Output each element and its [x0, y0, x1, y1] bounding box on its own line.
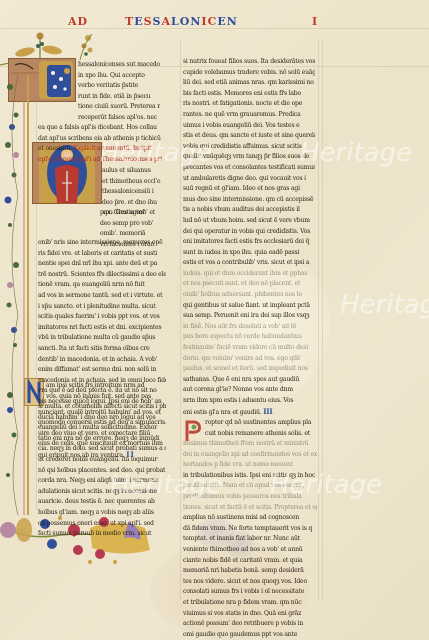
text-line: vobis qui credidistis affuimus. sicut sc…: [183, 142, 315, 153]
text-line: iudeis. qui et dnm occiderunt ihm et pph…: [183, 269, 315, 280]
text-line: eni imitatores facti estis frs ecclesiar…: [183, 237, 315, 248]
watermark: Heritage: [340, 290, 429, 320]
rubric-text: epl'a bti pauli apl'i ad Thessalonicense…: [38, 155, 162, 166]
text-line: runt in fide. etiā in p̄secu: [78, 92, 160, 103]
text-line: deo p̄re. et dno ihu: [102, 198, 162, 209]
text-line: ut crederet nobis euangeliū. ita loquimu…: [38, 455, 166, 466]
text-line: et tribulatione nra p fidem vram. qm nūc: [183, 598, 317, 609]
running-head-center: TESSALONICEN: [125, 15, 238, 28]
text-line: uimus i vobis euangeliū dei. Vos testes …: [183, 121, 315, 132]
text-line: tis a nobis vbum auditus dei accepistis …: [183, 205, 315, 216]
border-vine-ornament-icon: [2, 75, 34, 515]
text-line: am ipsi scitis frs introitum nrm ad: [44, 381, 166, 392]
text-line: cū possemus oneri esse. ut xpi apl'i. se…: [38, 519, 166, 530]
text-line: in xpo ihu. Qui accepto: [78, 71, 160, 82]
text-line: ea que a falsis apl'is dicebant. Hos col…: [38, 123, 162, 134]
watermark: Heritage: [300, 138, 412, 168]
text-line: facti sumus paruuli in medio vrm. sicut: [38, 529, 166, 540]
head-letter: E: [134, 15, 143, 28]
head-letter: S: [144, 15, 153, 28]
ruling-line: [180, 40, 181, 600]
text-line: temptat. et inanis fiat labor nr. Nunc a…: [183, 534, 317, 545]
text-line: si multa. et cōtumeliis affecti sicut sc…: [38, 402, 166, 413]
left-text-column: hessalonicenses sut macedones in xpo ihu…: [78, 60, 160, 102]
text-line: suū regnū et gl'iam. Ideo et nos gras ag…: [183, 184, 315, 195]
text-line: ut ambularetis digne deo. qui vocauit vo…: [183, 174, 315, 185]
text-line: memoriā nri habetis bonā. semp desiderā: [183, 566, 317, 577]
right-text-column-chapter3: ropter qd nō sustinentes amplius pla cui…: [205, 418, 317, 439]
text-line: misimus thimotheū fr̄em nostrū et minist…: [183, 439, 317, 450]
head-letter: L: [171, 15, 180, 28]
head-letter: A: [161, 15, 171, 28]
text-line: sancti. Ita ut facti sitis forma oībus c…: [38, 344, 166, 355]
text-line: enim diffamat' est sermo dni. non solū i…: [38, 365, 166, 376]
manuscript-page: AD TESSALONICEN I: [0, 0, 429, 640]
text-line: pus hore aspectu nō corde habundantius: [183, 332, 315, 343]
text-line: trē nostrū. Scientes fr̄s dilectissimi a…: [38, 270, 166, 281]
ruling-line: [36, 60, 37, 510]
text-line: derio. qm voluim' venire ad vos. ego qdē: [183, 354, 315, 365]
text-line: hortandos p fide vra. ut nemo moueat: [183, 460, 317, 471]
text-line: precantes vos et consolantes testificati…: [183, 163, 315, 174]
text-line: actionē possum' deo retribuere p vobis i…: [183, 619, 317, 630]
text-line: nō qsi hoībus placentes. sed deo. qui pr…: [38, 466, 166, 477]
text-line: ropter qd nō sustinentes amplius pla: [205, 418, 317, 429]
text-line: aulus et siluanus: [102, 166, 162, 177]
text-line: onib' nris sine intermissione. memores o…: [38, 238, 166, 249]
text-line: nentie spei dnī nrī ihu xpi. ante deū et…: [38, 259, 166, 270]
text-line: sunt in iudea in xpo ihu. quia eadē pass…: [183, 248, 315, 259]
text-line: cupide volebamus tradere vobis. nō solū …: [183, 68, 315, 79]
ruling-line: [318, 40, 319, 600]
left-text-column-body-main: . .: [38, 219, 162, 240]
text-line: euangeliū dei i multa sollicitudine. Exh…: [38, 423, 166, 434]
text-line: duciā habuim' i dno deo nro loqui ad vos: [38, 413, 166, 424]
text-line: festinauim' faciē vram videre cū multo d…: [183, 343, 315, 354]
text-line: sua semp. Peruenit eni ira dei sup illos…: [183, 311, 315, 322]
text-line: et thimotheus eccl'e: [102, 177, 162, 188]
text-line: si nutrix foueat filios suos. Ita deside…: [183, 57, 315, 68]
text-line: dei qui operatur in vobis qui credidisti…: [183, 227, 315, 238]
text-line: consolati sumus frs i vobis i oī necessi…: [183, 587, 317, 598]
text-line: vbū in tribulatione multa cū gaudio sp̄u…: [38, 333, 166, 344]
text-line: dā fidem vram. Ne forte temptauerit vos …: [183, 524, 317, 535]
left-text-column-chapter2: am ipsi scitis frs introitum nrm ad vos.…: [44, 381, 166, 402]
text-line: scitis quales fuerim' i vobis ppt vos. e…: [38, 312, 166, 323]
text-line: et onesimū. Explicit argumentū. Incipit: [38, 144, 162, 155]
text-span: et onesimū.: [38, 145, 72, 152]
text-line: estis et vos a contribulib' vris. sicut …: [183, 258, 315, 269]
text-line: dentib' in macedonia. et in achaia. A vo…: [38, 355, 166, 366]
text-line: cuit nobis remanere athenis solis. et: [205, 429, 317, 440]
left-text-column-prologue-wide: ea que a falsis apl'is dicebant. Hos col…: [38, 123, 162, 165]
text-line: eni estis gl'a nra et gaudiū. III: [183, 407, 315, 418]
text-line: adulationis sicut scitis. neqȝ in occasi…: [38, 487, 166, 498]
rubric-text: Explicit argumentū. Incipit: [73, 145, 151, 152]
text-line: ris fidei vre. et laboris et caritatis e…: [38, 249, 166, 260]
head-letter: N: [227, 15, 238, 28]
text-line: ciante nobis fidē et caritatē vram. et q…: [183, 556, 317, 567]
text-line: amplius nō sustinens misi ad cognoscen: [183, 513, 317, 524]
text-line: thessalonicensiū i: [102, 187, 162, 198]
text-line: dei in euangelio xpi ad confirmandos vos…: [183, 450, 317, 461]
text-line: in finē. Nos aūt frs desolati a vob' ad …: [183, 322, 315, 333]
text-line: positi sumus. Nam et cū apud vos essem',: [183, 481, 317, 492]
text-line: ris nostri. et fatigationis. nocte et di…: [183, 99, 315, 110]
left-text-column-chapter2-body: si multa. et cōtumeliis affecti sicut sc…: [38, 402, 166, 540]
text-line: nrm ihm xpm estis i aduentu eius. Vos: [183, 396, 315, 407]
text-line: lud nō ut vbum hoim. sed sicut ē vere vb…: [183, 216, 315, 227]
text-line: qui gentibus ut salue fiant. ut impleant…: [183, 301, 315, 312]
text-line: ad vos in sermone tantū. sed et i virtut…: [38, 291, 166, 302]
text-line: tatio eni nra nō de errore. neqȝ de inmū…: [38, 434, 166, 445]
text-line: pax. Gras agim': [38, 208, 162, 219]
text-line: liū dei. sed etiā animas nras. qm kariss…: [183, 78, 315, 89]
text-line: tes nos videre. sicut et nos quoqȝ vos. …: [183, 577, 317, 588]
text-line: paulus. et semel et iterū. sed impediuit…: [183, 364, 315, 375]
head-letter: O: [180, 15, 191, 28]
text-line: tiones. sicut et factū ē et scitis. Prop…: [183, 503, 317, 514]
text-line: qualit' vnūquēqȝ vrm tanqȝ p̄r filios su…: [183, 152, 315, 163]
text-line: omib' hoībus aduersant. phibentes nos lo: [183, 290, 315, 301]
text-line: tionē vram. qa euangeliū nrm nō fuit: [38, 280, 166, 291]
running-head-right: I: [312, 15, 318, 28]
text-line: rantes. ne quē vrm grauaremus. Predica: [183, 110, 315, 121]
text-line: verbo veritatis p̄stite: [78, 81, 160, 92]
head-letter: C: [208, 15, 218, 28]
text-span: eni estis gl'a nra et gaudiū.: [183, 409, 261, 416]
text-line: viuimus si vos statis in dno. Quā eni gr…: [183, 609, 317, 620]
text-line: et nos psecuti sunt. et deo nō placent. …: [183, 279, 315, 290]
text-line: in tribulationibus istis. Ipsi eni sciti…: [183, 471, 317, 482]
text-line: veniente thimotheo ad nos a vob' et annū: [183, 545, 317, 556]
text-line: hoībus gl'iam. neqȝ a vobis neqȝ ab alii…: [38, 508, 166, 519]
chapter-number: III: [263, 407, 272, 416]
text-line: cia. neqȝ in dolo. sed sicut probati sum…: [38, 444, 166, 455]
text-line: predicebamus vobis passuros nos tribula: [183, 492, 317, 503]
text-line: imitatores nri facti estis et dni. excip…: [38, 323, 166, 334]
text-line: omi gaudio quo gaudemus ppt vos ante: [183, 630, 317, 640]
text-line: i sp̄u sancto. et i plenitudine multa. s…: [38, 302, 166, 313]
left-text-column-prologue: tione ciuiū suorū. Preterea nec receperū…: [78, 102, 160, 123]
text-line: bis facti estis. Memores eni estis fr̄s …: [183, 89, 315, 100]
text-line: mus deo sine intermissione. qm cū accepi…: [183, 195, 315, 206]
running-head-left: AD: [68, 15, 88, 28]
text-line: stis et deus. qm sancte et iuste et sine…: [183, 131, 315, 142]
text-line: corda nra. Neqȝ eni aliqñ fuim' i sermon…: [38, 476, 166, 487]
text-line: receperūt falsos apl'os. nec: [78, 113, 160, 124]
head-letter: T: [125, 15, 134, 28]
text-line: auaricie. deus testis ē. nec querentes a…: [38, 497, 166, 508]
running-head: AD TESSALONICEN I: [0, 12, 429, 30]
head-letter: N: [190, 15, 201, 28]
text-line: vos. quia nō inanis fuit. sed ante pas: [44, 392, 166, 403]
text-line: tione ciuiū suorū. Preterea nec: [78, 102, 160, 113]
text-line: dat apl'us scribens eis ab athenis p tic…: [38, 134, 162, 145]
text-line: sathanas. Que ē eni nra spes aut gaudiū: [183, 375, 315, 386]
text-line: aut corona gl'ie? Nonne vos ante dnm: [183, 385, 315, 396]
text-line: hessalonicenses sut macedones: [78, 60, 160, 71]
right-text-column: si nutrix foueat filios suos. Ita deside…: [183, 57, 315, 417]
ruling-line: [322, 40, 323, 600]
right-text-column-chapter3-body: misimus thimotheū fr̄em nostrū et minist…: [183, 439, 317, 640]
head-letter: E: [217, 15, 226, 28]
